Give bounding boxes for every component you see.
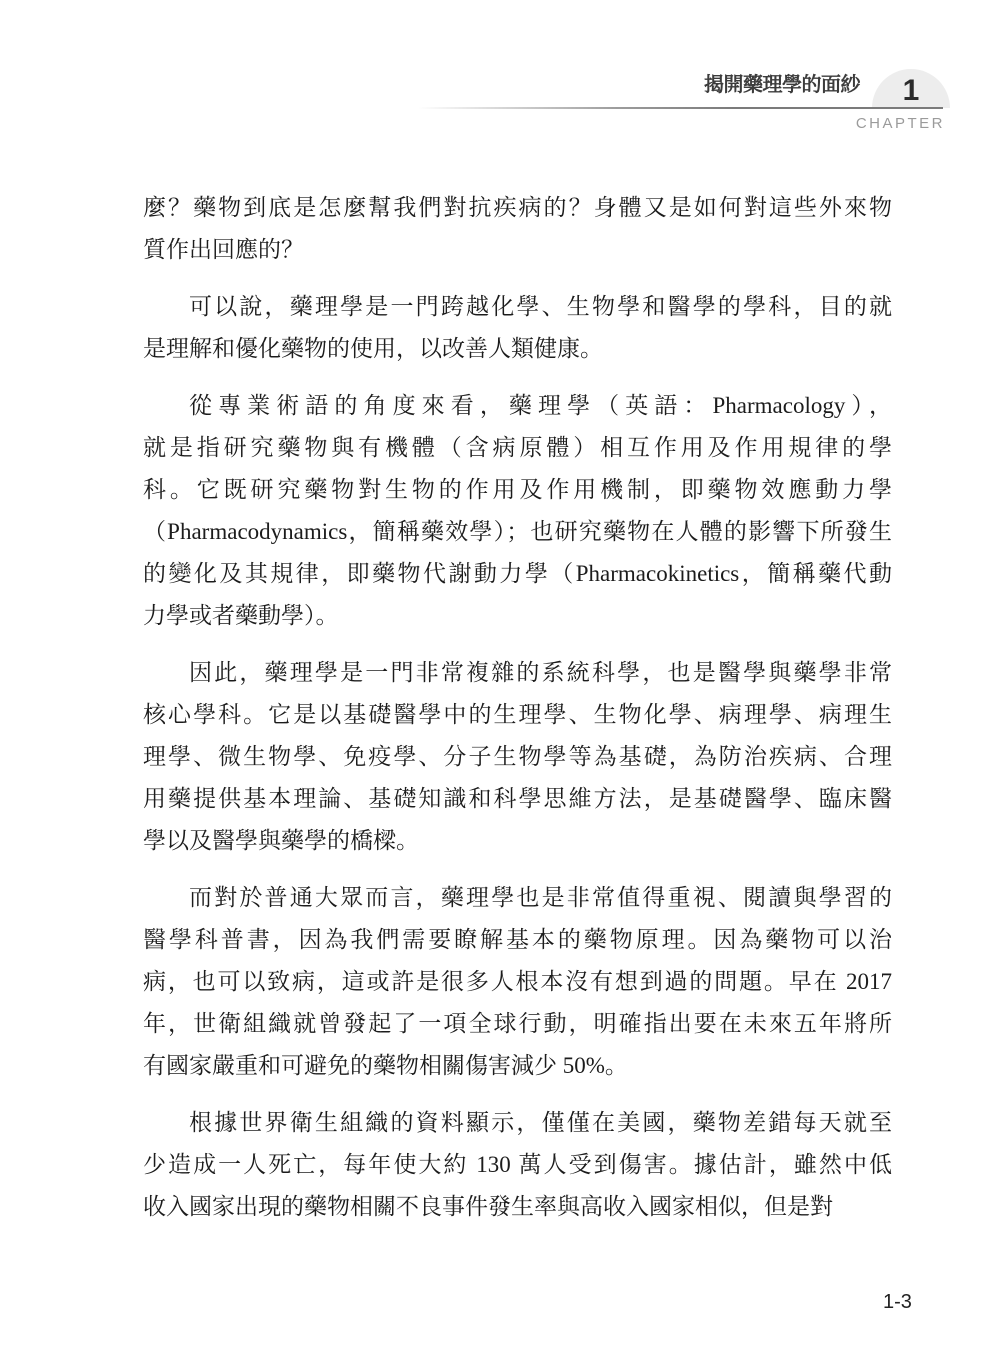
text-line: 可以說，藥理學是一門跨越化學、生物學和醫學的學科，目的就	[143, 286, 892, 328]
paragraph: 根據世界衛生組織的資料顯示，僅僅在美國，藥物差錯每天就至少造成一人死亡，每年使大…	[143, 1102, 892, 1228]
text-line: 而對於普通大眾而言，藥理學也是非常值得重視、閱讀與學習的	[143, 877, 892, 919]
header-rule	[418, 107, 943, 109]
text-line: 用藥提供基本理論、基礎知識和科學思維方法，是基礎醫學、臨床醫	[143, 778, 892, 820]
paragraph: 從專業術語的角度來看，藥理學（英語：Pharmacology），就是指研究藥物與…	[143, 385, 892, 637]
text-line: 科。它既研究藥物對生物的作用及作用機制，即藥物效應動力學	[143, 469, 892, 511]
chapter-label: CHAPTER	[856, 114, 945, 134]
page-number: 1-3	[883, 1290, 912, 1314]
text-line: 力學或者藥動學）。	[143, 595, 892, 637]
text-line: 核心學科。它是以基礎醫學中的生理學、生物化學、病理學、病理生	[143, 694, 892, 736]
text-line: 根據世界衛生組織的資料顯示，僅僅在美國，藥物差錯每天就至	[143, 1102, 892, 1144]
text-line: 醫學科普書，因為我們需要瞭解基本的藥物原理。因為藥物可以治	[143, 919, 892, 961]
chapter-title: 揭開藥理學的面紗	[704, 71, 860, 99]
text-line: 因此，藥理學是一門非常複雜的系統科學，也是醫學與藥學非常	[143, 652, 892, 694]
body-text: 麼？藥物到底是怎麼幫我們對抗疾病的？身體又是如何對這些外來物質作出回應的？可以說…	[143, 187, 892, 1228]
text-line: 從專業術語的角度來看，藥理學（英語：Pharmacology），	[143, 385, 892, 427]
text-line: 年，世衛組織就曾發起了一項全球行動，明確指出要在未來五年將所	[143, 1003, 892, 1045]
text-line: 有國家嚴重和可避免的藥物相關傷害減少 50%。	[143, 1045, 892, 1087]
text-line: 就是指研究藥物與有機體（含病原體）相互作用及作用規律的學	[143, 427, 892, 469]
text-line: 少造成一人死亡，每年使大約 130 萬人受到傷害。據估計，雖然中低	[143, 1144, 892, 1186]
chapter-number: 1	[903, 74, 920, 108]
text-line: 是理解和優化藥物的使用，以改善人類健康。	[143, 328, 892, 370]
text-line: （Pharmacodynamics，簡稱藥效學）；也研究藥物在人體的影響下所發生	[143, 511, 892, 553]
book-page: 揭開藥理學的面紗 1 CHAPTER 麼？藥物到底是怎麼幫我們對抗疾病的？身體又…	[0, 0, 1000, 1361]
paragraph: 而對於普通大眾而言，藥理學也是非常值得重視、閱讀與學習的醫學科普書，因為我們需要…	[143, 877, 892, 1087]
text-line: 麼？藥物到底是怎麼幫我們對抗疾病的？身體又是如何對這些外來物	[143, 187, 892, 229]
text-line: 理學、微生物學、免疫學、分子生物學等為基礎，為防治疾病、合理	[143, 736, 892, 778]
paragraph: 可以說，藥理學是一門跨越化學、生物學和醫學的學科，目的就是理解和優化藥物的使用，…	[143, 286, 892, 370]
paragraph: 因此，藥理學是一門非常複雜的系統科學，也是醫學與藥學非常核心學科。它是以基礎醫學…	[143, 652, 892, 862]
paragraph: 麼？藥物到底是怎麼幫我們對抗疾病的？身體又是如何對這些外來物質作出回應的？	[143, 187, 892, 271]
text-line: 質作出回應的？	[143, 229, 892, 271]
text-line: 收入國家出現的藥物相關不良事件發生率與高收入國家相似，但是對	[143, 1186, 892, 1228]
text-line: 病，也可以致病，這或許是很多人根本沒有想到過的問題。早在 2017	[143, 961, 892, 1003]
text-line: 學以及醫學與藥學的橋樑。	[143, 820, 892, 862]
text-line: 的變化及其規律，即藥物代謝動力學（Pharmacokinetics，簡稱藥代動	[143, 553, 892, 595]
chapter-number-badge: 1	[872, 69, 950, 108]
